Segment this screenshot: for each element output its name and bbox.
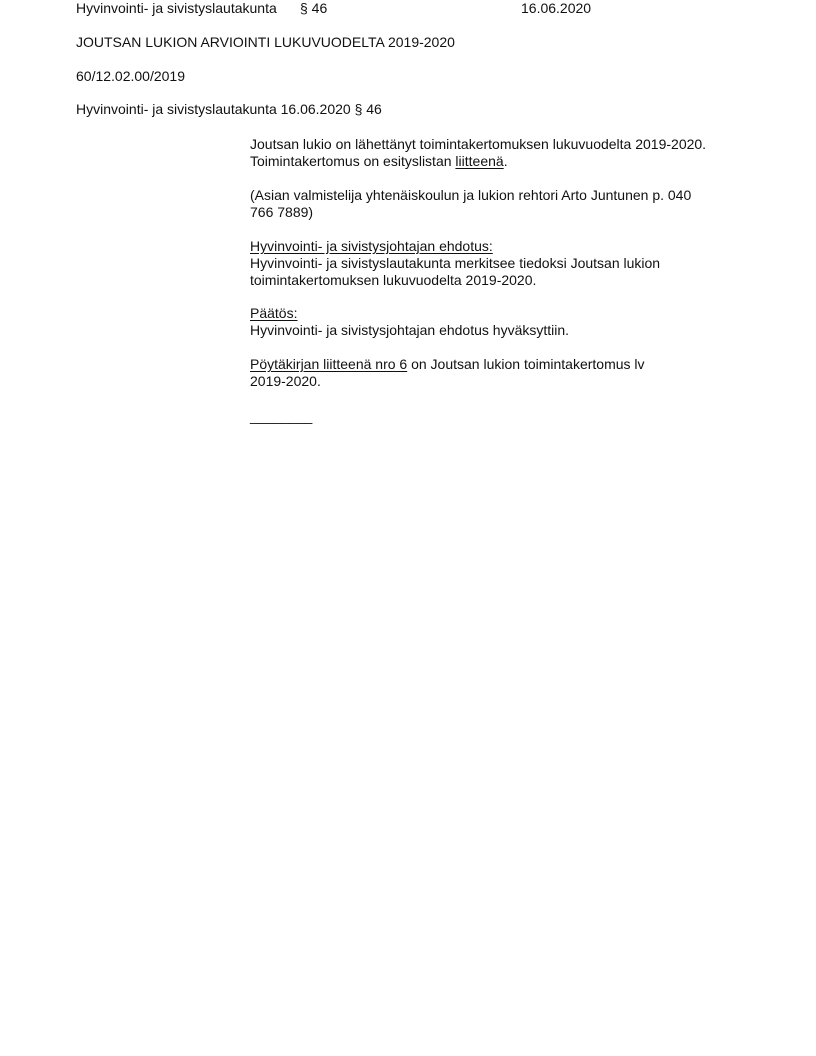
intro-period: . — [504, 153, 508, 169]
document-title: JOUTSAN LUKION ARVIOINTI LUKUVUODELTA 20… — [76, 34, 455, 51]
header-section: § 46 — [300, 0, 327, 17]
end-rule: ________ — [250, 408, 740, 425]
preparer-line-2: 766 7889) — [250, 204, 740, 221]
intro-line-1: Joutsan lukio on lähettänyt toimintakert… — [250, 136, 740, 153]
intro-text: Toimintakertomus on esityslistan — [250, 153, 455, 169]
proposal-section: Hyvinvointi- ja sivistysjohtajan ehdotus… — [250, 238, 740, 289]
intro-paragraph: Joutsan lukio on lähettänyt toimintakert… — [250, 136, 740, 170]
attachment-line-2: 2019-2020. — [250, 373, 740, 390]
attachment-paragraph: Pöytäkirjan liitteenä nro 6 on Joutsan l… — [250, 356, 740, 390]
attachment-line-1: Pöytäkirjan liitteenä nro 6 on Joutsan l… — [250, 356, 740, 373]
proposal-line-2: toimintakertomuksen lukuvuodelta 2019-20… — [250, 272, 740, 289]
decision-section: Päätös: Hyvinvointi- ja sivistysjohtajan… — [250, 305, 740, 339]
meeting-reference: Hyvinvointi- ja sivistyslautakunta 16.06… — [76, 101, 382, 118]
decision-heading: Päätös: — [250, 305, 740, 322]
preparer-line-1: (Asian valmistelija yhtenäiskoulun ja lu… — [250, 187, 740, 204]
intro-line-2: Toimintakertomus on esityslistan liittee… — [250, 153, 740, 170]
proposal-line-1: Hyvinvointi- ja sivistyslautakunta merki… — [250, 255, 740, 272]
preparer-paragraph: (Asian valmistelija yhtenäiskoulun ja lu… — [250, 187, 740, 221]
header-board: Hyvinvointi- ja sivistyslautakunta — [76, 0, 277, 17]
record-number: 60/12.02.00/2019 — [76, 68, 185, 85]
decision-text: Hyvinvointi- ja sivistysjohtajan ehdotus… — [250, 322, 740, 339]
attachment-link[interactable]: Pöytäkirjan liitteenä nro 6 — [250, 356, 407, 372]
attachment-text: on Joutsan lukion toimintakertomus lv — [407, 356, 644, 372]
proposal-heading: Hyvinvointi- ja sivistysjohtajan ehdotus… — [250, 238, 740, 255]
attachment-link-liitteena[interactable]: liitteenä — [455, 153, 503, 169]
header-date: 16.06.2020 — [521, 0, 591, 17]
